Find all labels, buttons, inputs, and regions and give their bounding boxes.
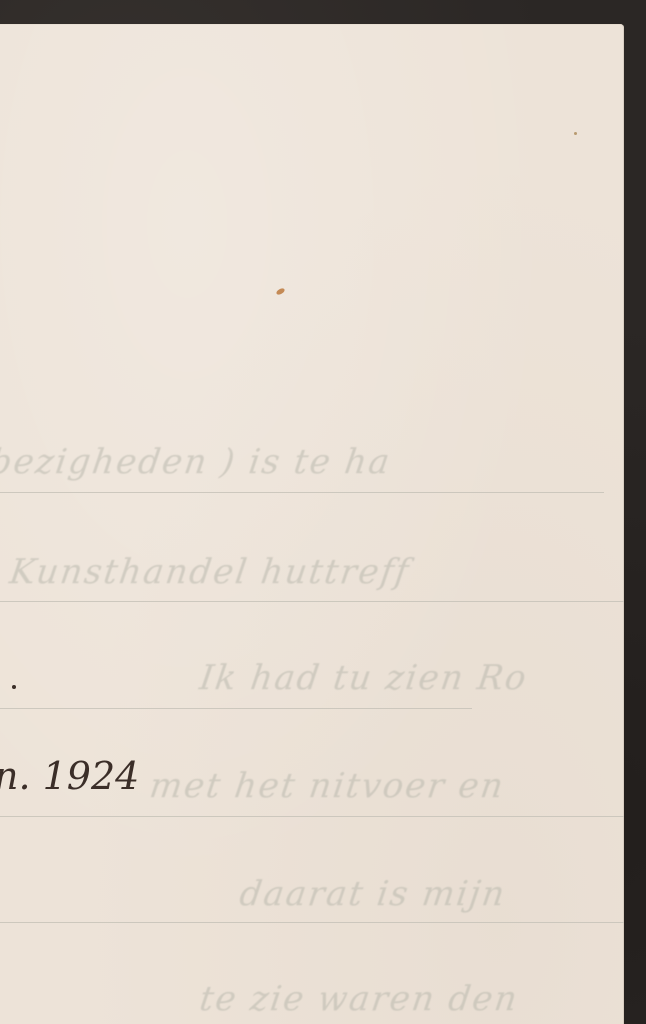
stain-mark [275,287,285,296]
bleed-through-line-1: bezigheden ) is te ha [0,442,394,482]
bleed-through-line-5: daarat is mijn [237,874,509,914]
date-fragment: n. 1924 [0,754,139,798]
ruled-line [0,922,624,923]
ink-dot [12,685,16,689]
bleed-through-line-2: Kunsthandel huttreff [7,552,412,592]
paper-sheet: bezigheden ) is te ha Kunsthandel huttre… [0,24,624,1024]
ruled-line [0,708,472,709]
ruled-line [0,816,624,817]
speck-mark [574,132,577,135]
ruled-line [0,492,604,493]
bleed-through-line-3: Ik had tu zien Ro [197,658,530,698]
bleed-through-line-6: te zie waren den [197,979,521,1019]
bleed-through-line-4: met het nitvoer en [147,766,507,806]
ruled-line [0,601,624,602]
